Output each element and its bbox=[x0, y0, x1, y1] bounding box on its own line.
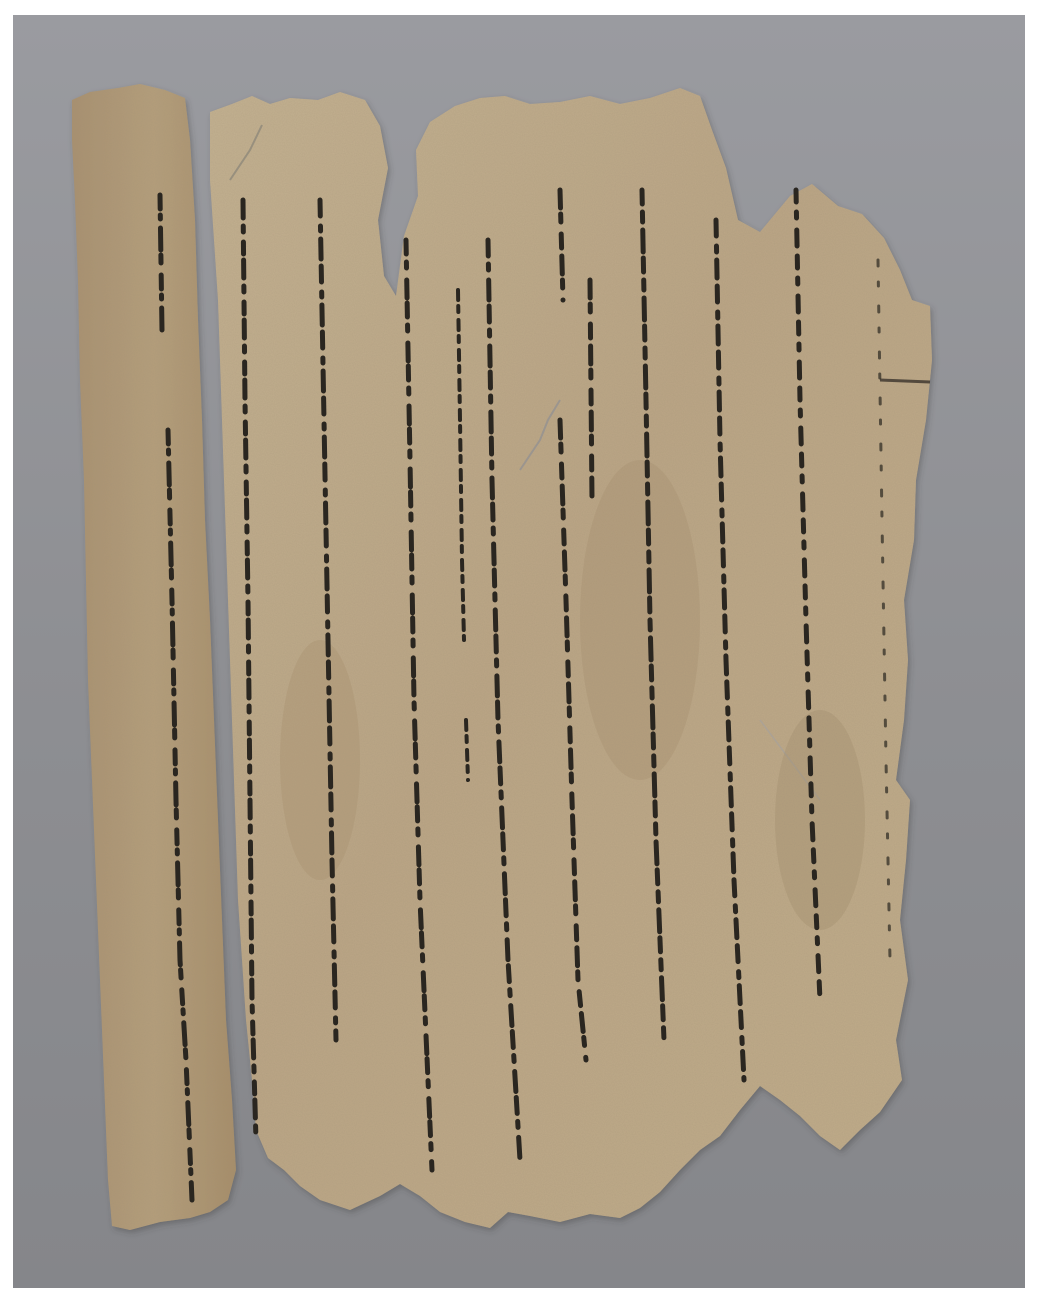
left-strip-fragment bbox=[72, 84, 236, 1230]
main-sheet-fragment bbox=[210, 88, 932, 1228]
manuscript-photo bbox=[0, 0, 1042, 1312]
